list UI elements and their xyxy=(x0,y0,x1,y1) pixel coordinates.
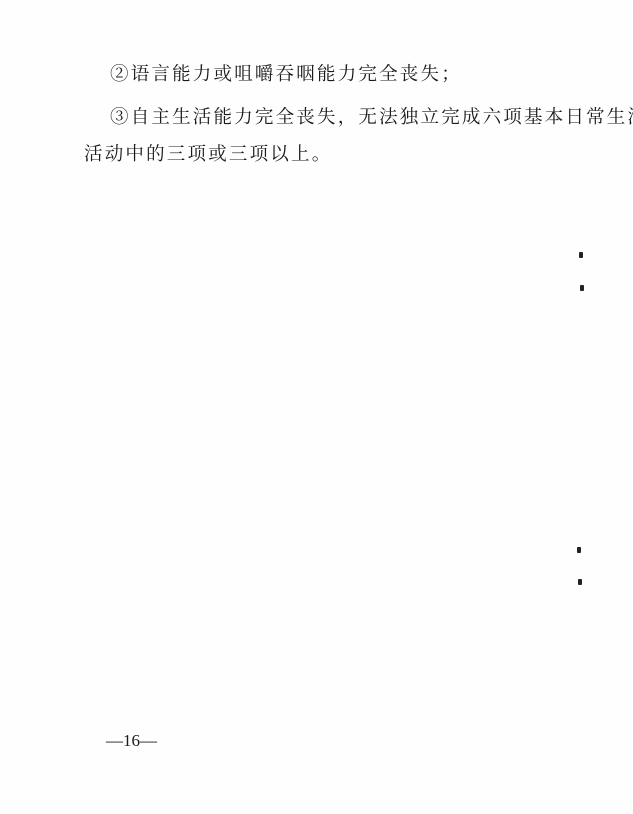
binding-hole-mark xyxy=(578,579,582,585)
paragraph-item-3: ③自主生活能力完全丧失，无法独立完成六项基本日常生活 xyxy=(110,106,633,130)
document-page: ②语言能力或咀嚼吞咽能力完全丧失； ③自主生活能力完全丧失，无法独立完成六项基本… xyxy=(0,0,633,814)
paragraph-item-3-continued: 活动中的三项或三项以上。 xyxy=(84,143,332,167)
paragraph-item-2: ②语言能力或咀嚼吞咽能力完全丧失； xyxy=(110,63,462,87)
page-number: —16— xyxy=(106,731,157,751)
binding-hole-mark xyxy=(580,285,584,291)
binding-hole-mark xyxy=(577,547,581,553)
binding-hole-mark xyxy=(579,252,583,258)
